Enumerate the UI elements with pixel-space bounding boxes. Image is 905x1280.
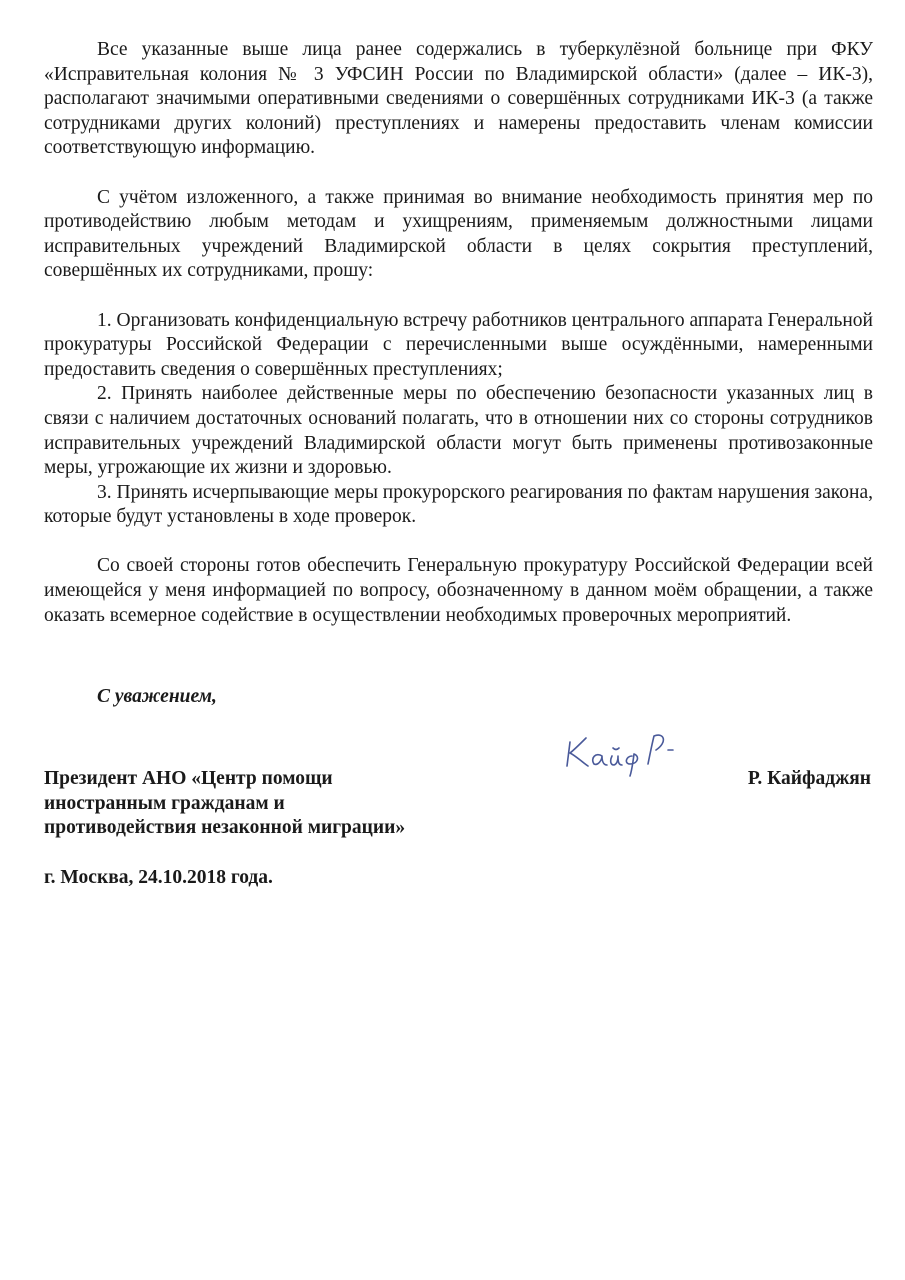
paragraph-background: Все указанные выше лица ранее содержалис… xyxy=(44,38,873,161)
request-item-2: 2. Принять наиболее действенные меры по … xyxy=(44,382,873,480)
request-item-3: 3. Принять исчерпывающие меры прокурорск… xyxy=(44,481,873,530)
paragraph-request-intro: С учётом изложенного, а также принимая в… xyxy=(44,186,873,284)
closing-salutation: С уважением, xyxy=(97,686,217,708)
place-and-date: г. Москва, 24.10.2018 года. xyxy=(44,866,273,891)
document-body: Все указанные выше лица ранее содержалис… xyxy=(44,38,873,628)
request-item-1: 1. Организовать конфиденциальную встречу… xyxy=(44,309,873,383)
signer-title-line-1: Президент АНО «Центр помощи xyxy=(44,767,405,792)
handwritten-signature xyxy=(560,722,710,777)
paragraph-cooperation: Со своей стороны готов обеспечить Генера… xyxy=(44,554,873,628)
signer-title-line-2: иностранным гражданам и xyxy=(44,792,405,817)
signer-name: Р. Кайфаджян xyxy=(748,767,871,792)
signer-title: Президент АНО «Центр помощи иностранным … xyxy=(44,767,405,841)
request-list: 1. Организовать конфиденциальную встречу… xyxy=(44,309,873,530)
signer-title-line-3: противодействия незаконной миграции» xyxy=(44,816,405,841)
